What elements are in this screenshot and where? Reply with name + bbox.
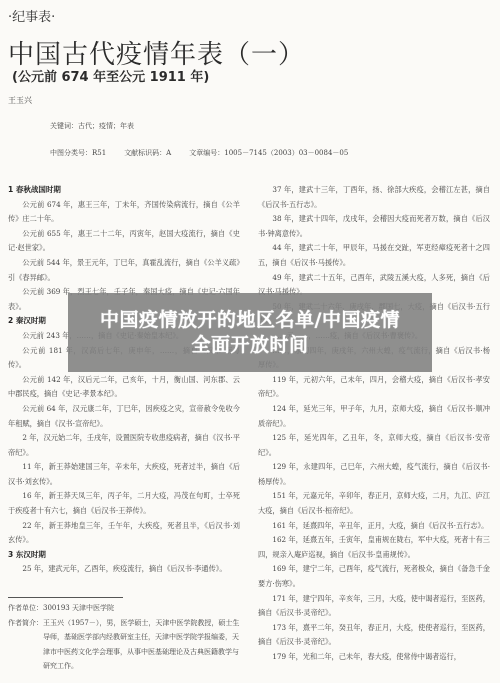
chronology-entry: 22 年，新王莽地皇三年，壬午年，大疾疫，死者且半，《后汉书·刘玄传》。 [8,519,240,548]
author-footnote: 作者单位： 300193 天津中医学院 作者简介： 王玉兴（1957－），男，医… [8,601,240,674]
period-heading: 3 东汉时期 [8,548,240,563]
chronology-entry: 171 年，建宁四年，辛亥年，三月，大疫，使中谒者巡行，至医药，摘自《后汉书·灵… [258,592,490,621]
chronology-entry: 37 年，建武十三年，丁酉年，扬、徐部大疾疫，会稽江左甚，摘自《后汉书·五行志》… [258,183,490,212]
chronology-entry: 162 年，延熹五年，壬寅年，皇甫规在陇右，军中大疫，死者十有三四，规亲入庵庐巡… [258,533,490,562]
document-code: 文献标识码：A [124,148,171,158]
keywords-line: 关键词：古代；疫情；年表 [50,121,134,131]
chronology-entry: 179 年，光和二年，己未年，春大疫，使常侍中谒者巡行， [258,650,490,665]
period-heading: 1 春秋战国时期 [8,183,240,198]
right-column: 37 年，建武十三年，丁酉年，扬、徐部大疾疫，会稽江左甚，摘自《后汉书·五行志》… [258,183,490,665]
chronology-entry: 129 年，永建四年，己巳年，六州大蝗，疫气流行，摘自《后汉书·杨厚传》。 [258,460,490,489]
author-unit: 作者单位： 300193 天津中医学院 [8,601,240,616]
overlay-headline-line1: 中国疫情放开的地区名单/中国疫情 [100,308,400,333]
chronology-entry: 125 年，延光四年，乙丑年，冬，京师大疫，摘自《后汉书·安帝纪》。 [258,431,490,460]
author-bio-label: 作者简介： [8,616,43,674]
left-column: 1 春秋战国时期公元前 674 年，惠王三年，丁未年，齐国传染病流行，摘自《公羊… [8,183,240,577]
chronology-entry: 公元前 64 年，汉元康二年，丁巳年，因疾疫之灾，宣帝赦令免收今年租赋，摘自《汉… [8,402,240,431]
overlay-headline-line2: 全面开放时间 [191,333,308,358]
author-bio: 作者简介： 王玉兴（1957－），男，医学硕士，天津中医学院教授，硕士生导师，基… [8,616,240,674]
author-name: 王玉兴 [8,95,32,106]
chronology-entry: 124 年，延光三年，甲子年，九月，京师大疫，摘自《后汉书·顺冲质帝纪》。 [258,402,490,431]
page-subtitle: (公元前 674 年至公元 1911 年) [12,66,209,85]
chronology-entry: 119 年，元初六年，己未年，四月，会稽大疫，摘自《后汉书·孝安帝纪》。 [258,373,490,402]
chronology-entry: 151 年，元嘉元年，辛卯年，春正月，京师大疫，二月，九江、庐江大疫，摘自《后汉… [258,489,490,518]
chronology-entry: 公元前 655 年，惠王二十二年，丙寅年，赵国大疫流行，摘自《史记·赵世家》。 [8,227,240,256]
chronology-entry: 169 年，建宁二年，己酉年，疫气流行，死者极众，摘自《备急千金要方·伤寒》。 [258,562,490,591]
footnote-divider [8,597,123,598]
document-page: ·纪事表· 中国古代疫情年表（一） (公元前 674 年至公元 1911 年) … [0,0,500,683]
section-tag: ·纪事表· [8,6,55,25]
author-unit-value: 300193 天津中医学院 [43,601,240,616]
chronology-entry: 公元前 142 年，汉后元二年，己亥年，十月，衡山国、河东郡、云中郡民疫，摘自《… [8,373,240,402]
chronology-entry: 11 年，新王莽始建国三年，辛未年，大疾疫，死者过半，摘自《后汉书·刘玄传》。 [8,460,240,489]
chronology-entry: 公元前 544 年，景王元年，丁巳年，真霍乱流行，摘自《公羊义疏》引《春异邮》。 [8,256,240,285]
classification-number: 中图分类号：R51 [50,148,106,158]
article-number: 文章编号：1005－7145（2003）03－0084－05 [189,148,348,158]
headline-overlay-banner: 中国疫情放开的地区名单/中国疫情 全面开放时间 [68,293,432,372]
chronology-entry: 173 年，熹平二年，癸丑年，春正月，大疫，使使者巡行，至医药，摘自《后汉书·灵… [258,621,490,650]
chronology-entry: 2 年，汉元始二年，壬戌年，设置医院专收患疫病者，摘自《汉书·平帝纪》。 [8,431,240,460]
author-bio-value: 王玉兴（1957－），男，医学硕士，天津中医学院教授，硕士生导师，基础医学部内经… [43,616,240,674]
chronology-entry: 25 年，建武元年，乙酉年，疾疫流行，摘自《后汉书·李通传》。 [8,562,240,577]
chronology-entry: 161 年，延熹四年，辛丑年，正月，大疫，摘自《后汉书·五行志》。 [258,519,490,534]
classification-line: 中图分类号：R51 文献标识码：A 文章编号：1005－7145（2003）03… [50,148,348,158]
author-unit-label: 作者单位： [8,601,43,616]
chronology-entry: 16 年，新王莽天凤三年，丙子年，二月大疫，冯茂在句町，士卒死于疾疫者十有六七，… [8,489,240,518]
chronology-entry: 38 年，建武十四年，戊戌年，会稽因大疫而死者万数，摘自《后汉书·钟离意传》。 [258,212,490,241]
chronology-entry: 公元前 674 年，惠王三年，丁未年，齐国传染病流行，摘自《公羊传》庄二十年。 [8,198,240,227]
chronology-entry: 44 年，建武二十年，甲辰年，马援在交趾，军吏经瘴疫死者十之四五，摘自《后汉书·… [258,241,490,270]
